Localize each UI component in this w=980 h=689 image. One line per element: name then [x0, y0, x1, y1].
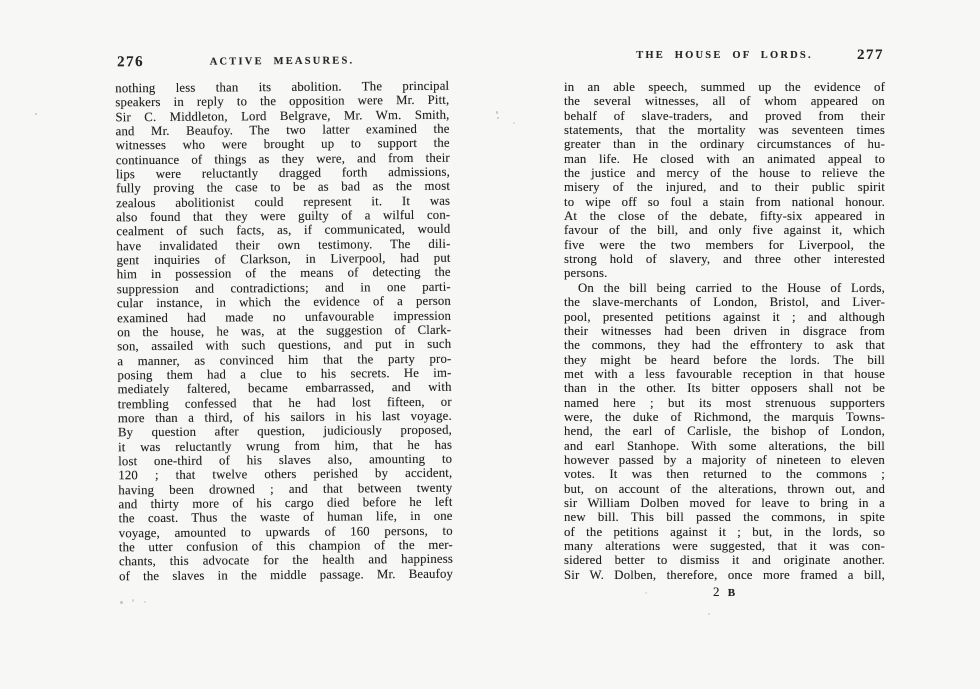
scan-speck	[645, 592, 647, 594]
right-header-title: THE HOUSE OF LORDS.	[564, 50, 885, 61]
left-page-text-column: nothing less than its abolition. The pri…	[115, 79, 453, 584]
left-header-title: ACTIVE MEASURES.	[115, 55, 449, 69]
scan-speck	[513, 122, 515, 124]
signature-mark: 2 B	[564, 584, 885, 600]
text-line: the justice and mercy of the house to re…	[564, 166, 885, 180]
signature-mark-letter: B	[728, 587, 736, 599]
text-line: man life. He closed with an animated app…	[564, 152, 885, 166]
text-line: On the bill being carried to the House o…	[564, 281, 885, 295]
scan-speck	[144, 601, 146, 603]
scan-speck	[35, 113, 37, 115]
text-line: were, the duke of Richmond, the marquis …	[564, 410, 885, 424]
text-line: hend, the earl of Carlisle, the bishop o…	[564, 424, 885, 438]
text-line: the slave-merchants of London, Bristol, …	[564, 295, 885, 309]
scanned-book-spread: 276 ACTIVE MEASURES. nothing less than i…	[0, 0, 980, 689]
text-line: strong hold of slavery, and three other …	[564, 252, 885, 266]
left-running-head: 276 ACTIVE MEASURES.	[115, 55, 449, 74]
text-line: five were the two members for Liverpool,…	[564, 238, 885, 252]
text-line: than in the other. Its bitter opposers s…	[564, 381, 885, 395]
scan-speck	[497, 117, 499, 119]
scan-speck	[496, 111, 498, 114]
text-line: of the petitions against it ; but, in th…	[564, 525, 885, 539]
text-line: but, on account of the alterations, thro…	[564, 482, 885, 496]
right-page: 277 THE HOUSE OF LORDS. in an able speec…	[564, 50, 885, 600]
right-page-text-column: in an able speech, summed up the evidenc…	[564, 80, 885, 582]
text-line: new bill. This bill passed the commons, …	[564, 510, 885, 524]
text-line: of the slaves in the middle passage. Mr.…	[119, 566, 453, 583]
right-page-number: 277	[857, 47, 884, 64]
text-line: Sir W. Dolben, therefore, once more fram…	[564, 568, 885, 582]
text-line: named here ; but its most strenuous supp…	[564, 396, 885, 410]
text-line: misery of the injured, and to their publ…	[564, 180, 885, 194]
text-line: they might be heard before the lords. Th…	[564, 353, 885, 367]
text-line: At the close of the debate, fifty-six ap…	[564, 209, 885, 223]
left-page: 276 ACTIVE MEASURES. nothing less than i…	[115, 55, 453, 584]
text-line: votes. It was then returned to the commo…	[564, 467, 885, 481]
right-running-head: 277 THE HOUSE OF LORDS.	[564, 50, 885, 66]
text-line: their witnesses had been driven in disgr…	[564, 324, 885, 338]
text-line: in an able speech, summed up the evidenc…	[564, 80, 885, 94]
text-line: favour of the bill, and only five agains…	[564, 223, 885, 237]
text-line: sir William Dolben moved for leave to br…	[564, 496, 885, 510]
scan-speck	[708, 613, 710, 615]
signature-mark-number: 2	[713, 584, 721, 599]
scan-speck	[120, 601, 123, 604]
scan-speck	[132, 599, 134, 602]
text-line: however passed by a majority of nineteen…	[564, 453, 885, 467]
left-page-number: 276	[117, 54, 144, 71]
text-line: pool, presented petitions against it ; a…	[564, 310, 885, 324]
text-line: met with a less favourable reception in …	[564, 367, 885, 381]
text-line: many alterations were suggested, that it…	[564, 539, 885, 553]
text-line: and earl Stanhope. With some alterations…	[564, 439, 885, 453]
text-line: the several witnesses, all of whom appea…	[564, 94, 885, 108]
text-line: to wipe off so foul a stain from nationa…	[564, 195, 885, 209]
text-line: persons.	[564, 266, 885, 280]
text-line: the commons, they had the effrontery to …	[564, 338, 885, 352]
text-line: statements, that the mortality was seven…	[564, 123, 885, 137]
text-line: behalf of slave-traders, and proved from…	[564, 109, 885, 123]
text-line: sidered better to dismiss it and origina…	[564, 553, 885, 567]
text-line: greater than in the ordinary circumstanc…	[564, 137, 885, 151]
